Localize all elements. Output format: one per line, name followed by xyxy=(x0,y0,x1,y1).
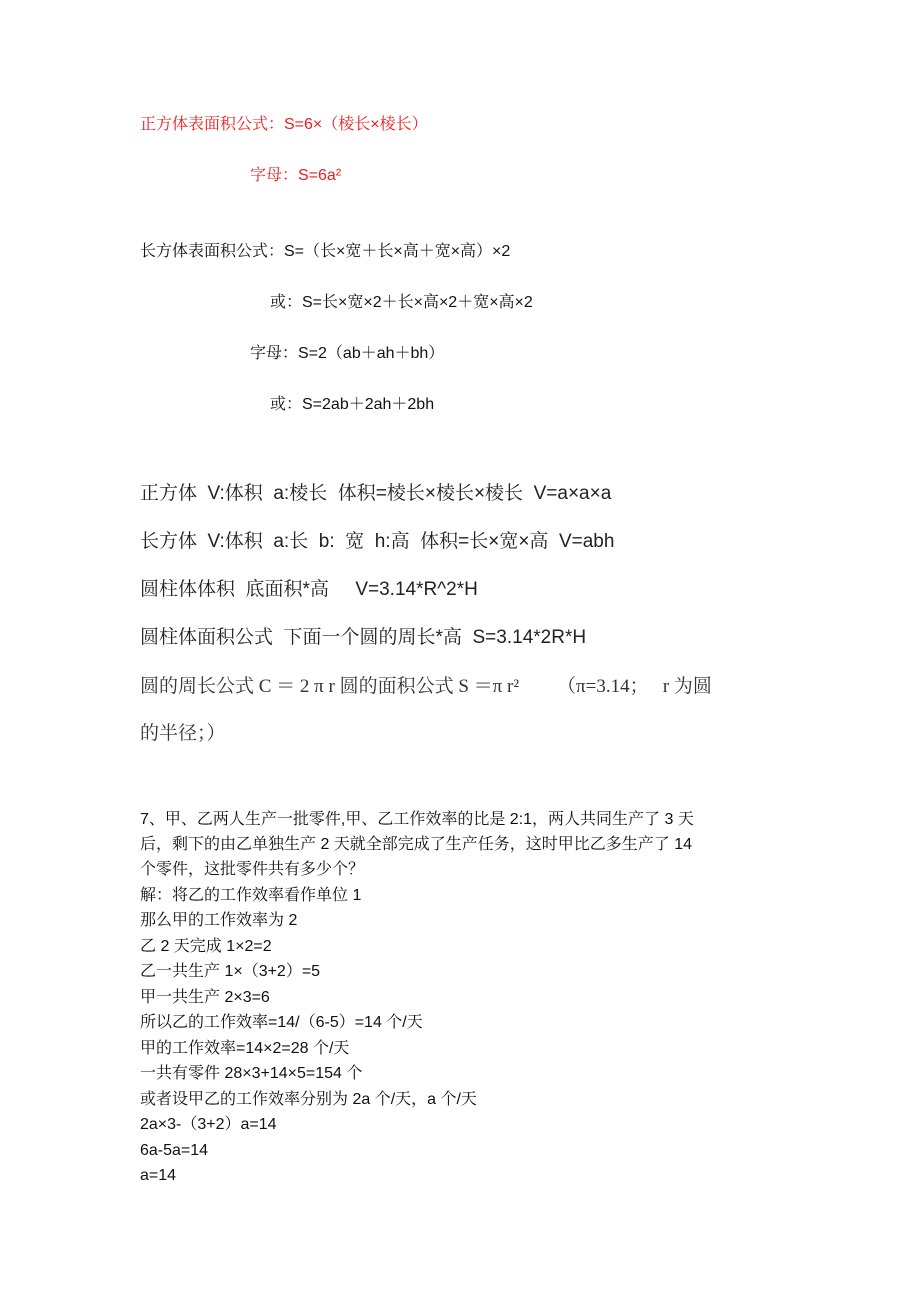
solution-step: 一共有零件 28×3+14×5=154 个 xyxy=(140,1066,362,1082)
solution-step: 乙 2 天完成 1×2=2 xyxy=(140,939,272,955)
solution-step: 所以乙的工作效率=14/（6-5）=14 个/天 xyxy=(140,1015,423,1031)
volume-formula-cube: 正方体 V:体积 a:棱长 体积=棱长×棱长×棱长 V=a×a×a xyxy=(140,484,611,503)
circle-formula-line2: 的半径；） xyxy=(140,724,226,743)
cube-surface-letters: 字母：S=6a² xyxy=(250,168,341,184)
solution-step: 甲的工作效率=14×2=28 个/天 xyxy=(140,1041,349,1057)
problem-line-2: 后，剩下的由乙单独生产 2 天就全部完成了生产任务，这时甲比乙多生产了 14 xyxy=(140,837,692,853)
surface-formula-cylinder: 圆柱体面积公式 下面一个圆的周长*高 S=3.14*2R*H xyxy=(140,628,586,647)
solution-step: 或者设甲乙的工作效率分别为 2a 个/天，a 个/天 xyxy=(140,1092,477,1108)
solution-step: a=14 xyxy=(140,1168,176,1184)
solution-step: 6a-5a=14 xyxy=(140,1143,208,1159)
solution-step: 乙一共生产 1×（3+2）=5 xyxy=(140,964,320,980)
volume-formula-cuboid: 长方体 V:体积 a:长 b: 宽 h:高 体积=长×宽×高 V=abh xyxy=(140,532,614,551)
cuboid-surface-formula: 长方体表面积公式：S=（长×宽＋长×高＋宽×高）×2 xyxy=(140,244,510,260)
solution-step: 解：将乙的工作效率看作单位 1 xyxy=(140,888,361,904)
cube-surface-formula: 正方体表面积公式：S=6×（棱长×棱长） xyxy=(140,117,428,133)
circle-formula-line1: 圆的周长公式 C ＝ 2 π r 圆的面积公式 S ＝π r² （π=3.14；… xyxy=(140,677,712,696)
cuboid-surface-letters: 字母：S=2（ab＋ah＋bh） xyxy=(250,346,444,362)
solution-step: 甲一共生产 2×3=6 xyxy=(140,990,270,1006)
solution-step: 那么甲的工作效率为 2 xyxy=(140,913,297,929)
problem-line-1: 7、甲、乙两人生产一批零件,甲、乙工作效率的比是 2:1，两人共同生产了 3 天 xyxy=(140,812,694,828)
cuboid-surface-alt-formula: 或：S=长×宽×2＋长×高×2＋宽×高×2 xyxy=(270,295,533,311)
problem-line-3: 个零件，这批零件共有多少个？ xyxy=(140,862,364,878)
volume-formula-cylinder: 圆柱体体积 底面积*高 V=3.14*R^2*H xyxy=(140,580,478,599)
solution-step: 2a×3-（3+2）a=14 xyxy=(140,1117,277,1133)
cuboid-surface-alt-letters: 或：S=2ab＋2ah＋2bh xyxy=(270,397,434,413)
